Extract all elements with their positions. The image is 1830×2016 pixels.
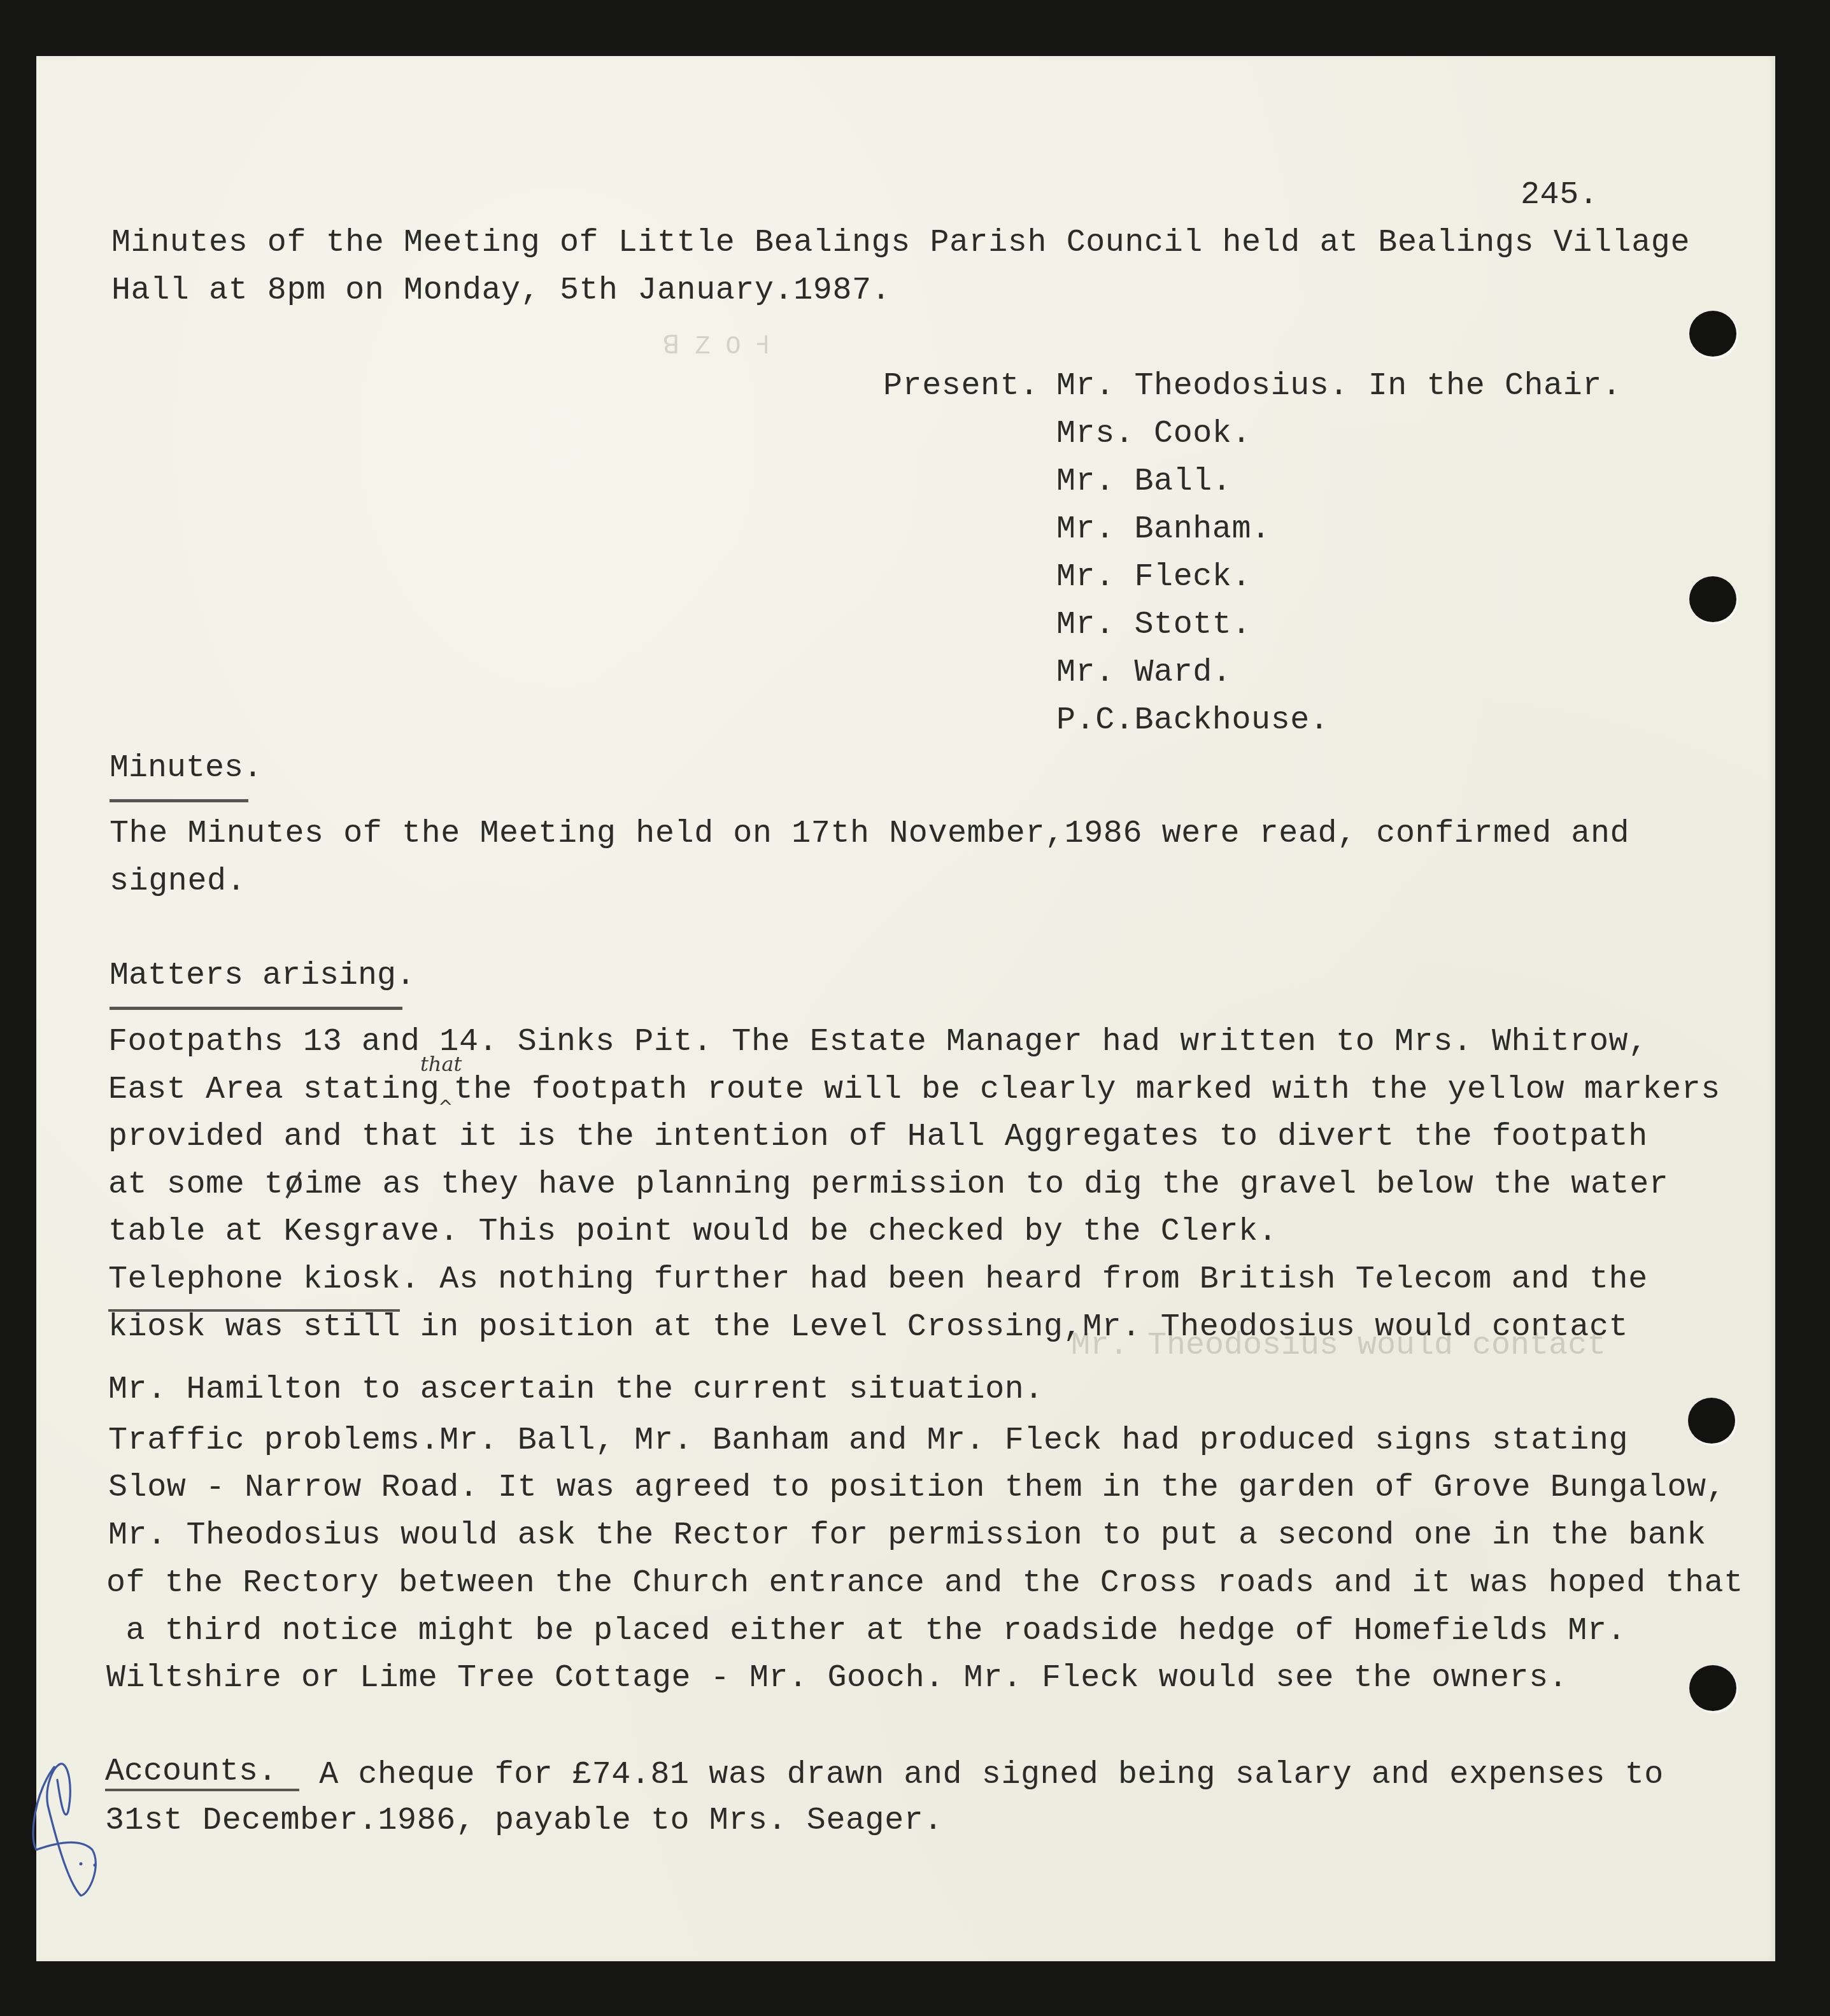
section-heading-matters-arising: Matters arising. [110, 960, 415, 992]
section-heading-minutes: Minutes. [110, 753, 262, 784]
footpaths-text-line: Footpaths 13 and 14. Sinks Pit. The Esta… [108, 1026, 1648, 1058]
attendee: Mr. Ward. [1056, 657, 1231, 689]
telephone-kiosk-text-line: Telephone kiosk. As nothing further had … [108, 1264, 1648, 1296]
heading-underline [110, 1007, 402, 1010]
attendee: Mr. Ball. [1056, 466, 1231, 498]
document-title-line-1: Minutes of the Meeting of Little Bealing… [111, 227, 1690, 259]
retyped-ghost-text: Mr. Theodosius would contact [1071, 1328, 1606, 1364]
document-title-line-2: Hall at 8pm on Monday, 5th January.1987. [111, 275, 891, 307]
telephone-kiosk-text-line: Mr. Hamilton to ascertain the current si… [108, 1374, 1044, 1406]
footpaths-text-line: provided and that it is the intention of… [108, 1121, 1648, 1153]
punch-hole-icon [1689, 311, 1736, 357]
traffic-text-line: Slow - Narrow Road. It was agreed to pos… [108, 1472, 1726, 1504]
handwritten-insertion: that [420, 1052, 462, 1076]
attendee: Mr. Banham. [1056, 514, 1271, 546]
accounts-text-line: 31st December.1986, payable to Mrs. Seag… [105, 1805, 943, 1837]
punch-hole-icon [1689, 1665, 1736, 1711]
minutes-text-line: signed. [110, 866, 246, 898]
scanned-document: 245. Minutes of the Meeting of Little Be… [0, 0, 1830, 2016]
attendee: P.C.Backhouse. [1056, 705, 1329, 737]
traffic-text-line: Mr. Theodosius would ask the Rector for … [108, 1520, 1706, 1552]
attendee: Mr. Theodosius. In the Chair. [1056, 371, 1622, 402]
page-number: 245. [1521, 180, 1598, 211]
insertion-caret-icon: ^ [438, 1097, 453, 1118]
punch-hole-icon [1688, 1398, 1735, 1444]
minutes-text-line: The Minutes of the Meeting held on 17th … [110, 818, 1629, 850]
heading-underline [105, 1789, 299, 1791]
punch-hole-icon [1689, 576, 1736, 622]
traffic-text-line: a third notice might be placed either at… [106, 1615, 1626, 1647]
handwritten-initials-icon [29, 1754, 131, 1901]
footpaths-text-line: East Area stating [108, 1074, 439, 1106]
attendee: Mrs. Cook. [1056, 418, 1251, 450]
present-label: Present. [883, 371, 1039, 402]
footpaths-text-line: the footpath route will be clearly marke… [434, 1074, 1720, 1106]
heading-underline [110, 799, 248, 802]
footpaths-text-line: at some t [108, 1169, 283, 1201]
footpaths-text-line: ime as they have planning permission to … [304, 1169, 1668, 1201]
traffic-text-line: Traffic problems.Mr. Ball, Mr. Banham an… [108, 1425, 1628, 1457]
footpaths-text-line: table at Kesgrave. This point would be c… [108, 1216, 1277, 1248]
attendee: Mr. Fleck. [1056, 562, 1251, 593]
accounts-text-line: A cheque for £74.81 was drawn and signed… [280, 1759, 1664, 1791]
traffic-text-line: Wiltshire or Lime Tree Cottage - Mr. Goo… [106, 1663, 1568, 1694]
attendee: Mr. Stott. [1056, 609, 1251, 641]
section-heading-accounts: Accounts. [105, 1756, 277, 1788]
show-through-mark: ꓭ Z O Ꟶ [662, 326, 770, 362]
traffic-text-line: of the Rectory between the Church entran… [106, 1568, 1743, 1600]
